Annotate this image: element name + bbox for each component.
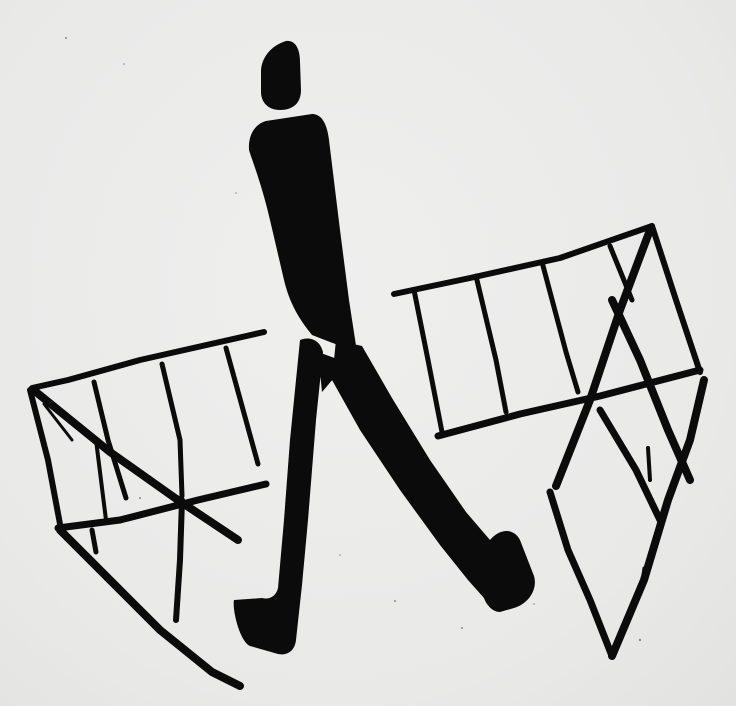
drawing-canvas — [0, 0, 736, 706]
right-music-stand — [394, 226, 704, 656]
ink-drawing: Black ink drawing of a tall silhouetted … — [0, 0, 736, 706]
figure-head — [261, 41, 301, 110]
figure-left-leg — [234, 339, 323, 655]
figure-torso — [249, 114, 357, 352]
walking-figure — [234, 41, 535, 654]
left-music-stand — [30, 332, 266, 686]
